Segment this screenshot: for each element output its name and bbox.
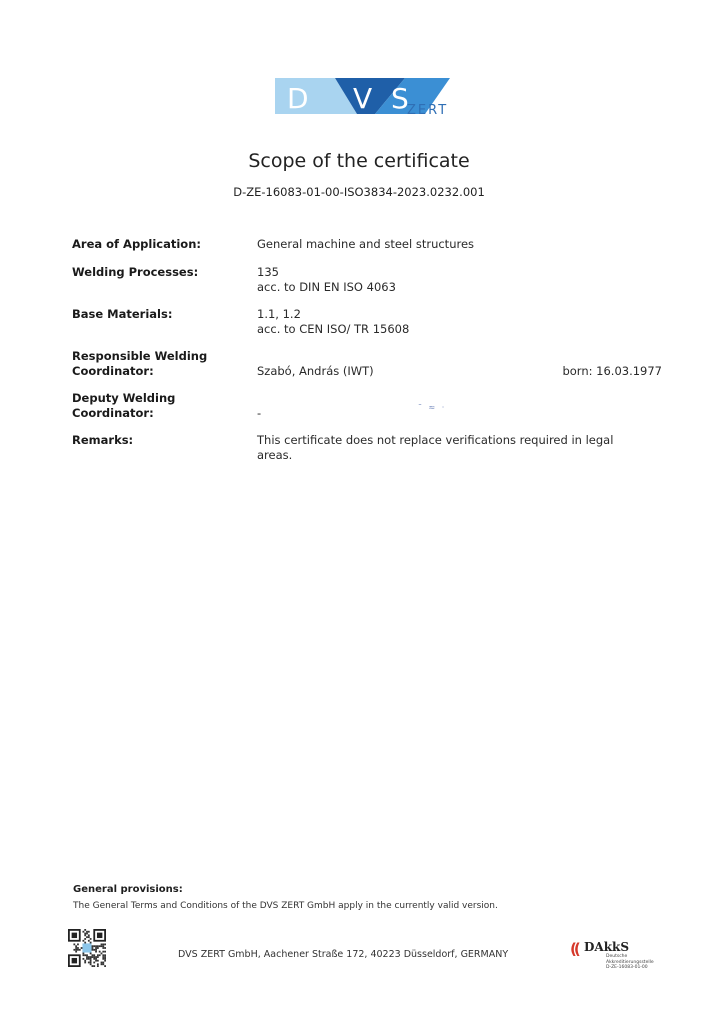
- svg-text:ZERT: ZERT: [407, 103, 448, 118]
- field-label: Welding Processes:: [72, 265, 252, 280]
- qr-code-icon[interactable]: [68, 929, 106, 967]
- page-title: Scope of the certificate: [0, 150, 718, 172]
- footer-address: DVS ZERT GmbH, Aachener Straße 172, 4022…: [178, 949, 508, 960]
- dakks-line3: D-ZE-16083-01-00: [606, 965, 654, 971]
- provisions-text: The General Terms and Conditions of the …: [73, 901, 498, 911]
- field-extra: born: 16.03.1977: [562, 364, 662, 379]
- field-value: 1.1, 1.2acc. to CEN ISO/ TR 15608: [257, 307, 657, 337]
- field-value: 135acc. to DIN EN ISO 4063: [257, 265, 657, 295]
- field-label: Remarks:: [72, 433, 252, 448]
- field-value: -: [257, 406, 657, 421]
- field-label: Deputy WeldingCoordinator:: [72, 391, 252, 421]
- svg-text:D: D: [287, 82, 309, 115]
- dvs-zert-logo: D V S ZERT: [275, 78, 465, 122]
- ink-marks: ˜ ≈ ·: [418, 403, 446, 412]
- certificate-number: D-ZE-16083-01-00-ISO3834-2023.0232.001: [0, 185, 718, 199]
- svg-text:V: V: [353, 82, 372, 115]
- dakks-name: DAkkS: [584, 940, 629, 954]
- dakks-accreditation-mark: (( DAkkS Deutsche Akkreditierungsstelle …: [570, 938, 650, 974]
- field-label: Base Materials:: [72, 307, 252, 322]
- field-label: Responsible WeldingCoordinator:: [72, 349, 252, 379]
- dakks-subtext: Deutsche Akkreditierungsstelle D-ZE-1608…: [606, 954, 654, 971]
- dakks-flag-icon: ((: [570, 940, 578, 958]
- field-label: Area of Application:: [72, 237, 252, 252]
- provisions-title: General provisions:: [73, 884, 183, 895]
- field-value: General machine and steel structures: [257, 237, 657, 252]
- field-value: This certificate does not replace verifi…: [257, 433, 657, 463]
